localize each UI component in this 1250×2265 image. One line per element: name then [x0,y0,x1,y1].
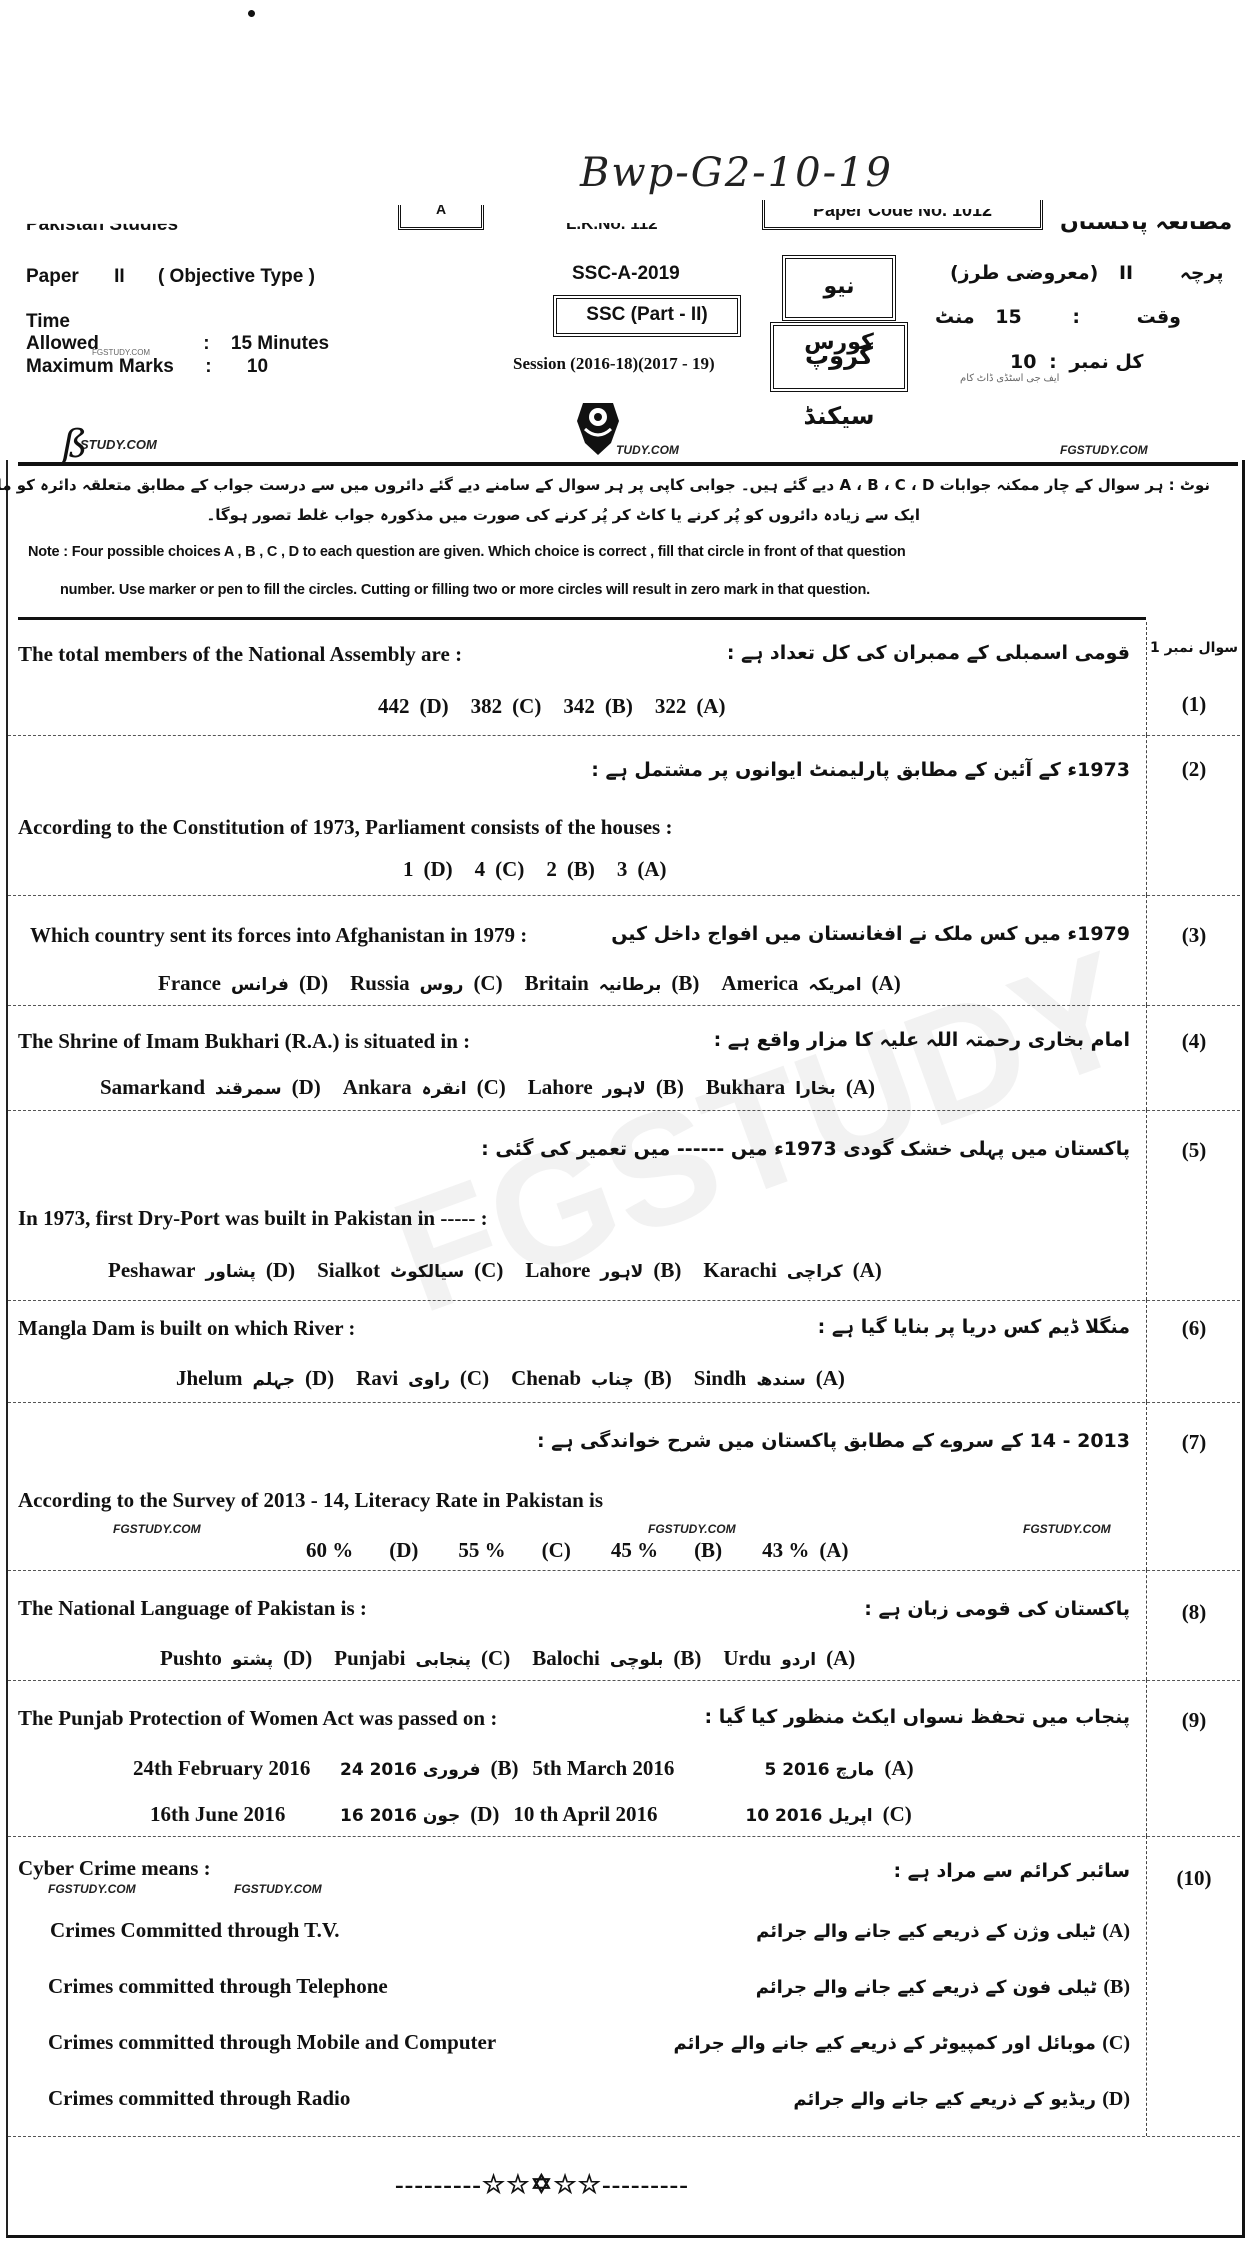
options: Jhelumجہلم(D) Raviراوی(C) Chenabچناب(B) … [176,1366,867,1391]
question-text-en: Mangla Dam is built on which River : [18,1316,355,1341]
paper-type: ( Objective Type ) [158,266,315,287]
marks-value-ur: 10 [1010,351,1036,373]
watermark: FGSTUDY.COM [1060,443,1148,457]
question-number-cell: (6) [1146,1300,1241,1402]
note-divider [18,617,1146,620]
question-number-cell: سوال نمبر 1 (1) [1146,622,1241,735]
options: 1(D) 4(C) 2(B) 3(A) [403,857,688,882]
watermark: FGSTUDY.COM [48,1882,136,1896]
question-text-ur: پاکستان میں پہلی خشک گودی 1973ء میں ----… [481,1138,1130,1160]
option-c[interactable]: Punjabiپنجابی(C) [334,1646,510,1671]
options: Peshawarپشاور(D) Sialkotسیالکوٹ(C) Lahor… [108,1258,904,1283]
question-number-cell: (4) [1146,1005,1241,1110]
option-c[interactable]: Russiaروس(C) [350,971,503,996]
paper-code: Paper Code No. 1012 [813,200,992,220]
question-row-4: (4) The Shrine of Imam Bukhari (R.A.) is… [8,1005,1240,1111]
option-d-en[interactable]: 16th June 2016 [150,1802,318,1827]
option-c[interactable]: 55 %(C) [458,1538,570,1563]
paper-type-ur: (معروضی طرز) [950,262,1098,284]
option-b[interactable]: Balochiبلوچی(B) [532,1646,701,1671]
paper-code-box: Paper Code No. 1012 [762,200,1043,230]
options: Samarkandسمرقند(D) Ankaraانقرہ(C) Lahore… [100,1075,897,1100]
instructions-box: نوٹ : ہر سوال کے چار ممکنہ جوابات A ، B … [8,466,1240,616]
question-row-5: (5) پاکستان میں پہلی خشک گودی 1973ء میں … [8,1110,1240,1301]
time-value-ur: 15 [995,306,1021,328]
option-a[interactable]: Karachiکراچی(A) [703,1258,881,1283]
question-text-ur: سائبر کرائم سے مراد ہے : [893,1860,1130,1882]
question-number-header: سوال نمبر 1 [1147,640,1241,656]
question-text-en: Cyber Crime means : [18,1856,211,1881]
paper-set-box: A [398,205,484,230]
option-b[interactable]: Chenabچناب(B) [511,1366,672,1391]
paper-line-ur: پرچہ II (معروضی طرز) [950,262,1224,284]
option-b[interactable]: Lahoreلاہور(B) [525,1258,681,1283]
watermark: FGSTUDY.COM [92,348,150,357]
question-text-en: Which country sent its forces into Afgha… [30,923,527,948]
paper-value: II [114,266,125,287]
question-number: (8) [1147,1600,1241,1625]
question-text-en: According to the Constitution of 1973, P… [18,815,672,840]
option-b[interactable]: 342(B) [563,694,633,719]
marks-sep-ur: : [1049,351,1057,373]
options: 60 %(D) 55 %(C) 45 %(B) 43 %(A) [306,1538,870,1563]
option-a[interactable]: 322(A) [655,694,726,719]
question-number: (6) [1147,1316,1241,1341]
option-d-en[interactable]: Crimes committed through Radio [48,2086,350,2111]
question-text-en: The Shrine of Imam Bukhari (R.A.) is sit… [18,1029,470,1054]
roll-number: L.K.No. 112 [566,214,658,234]
time-label-ur: وقت [1137,306,1181,328]
question-text-en: The total members of the National Assemb… [18,642,462,667]
question-number: (5) [1147,1138,1241,1163]
option-d[interactable]: ریڈیو کے ذریعے کیے جانے والے جرائم (D) [793,2088,1130,2111]
option-c[interactable]: Ankaraانقرہ(C) [343,1075,506,1100]
marks-line-ur: کل نمبر : 10 [1010,351,1143,373]
options-row-1: 24th February 2016 24 فروری 2016(B) 5th … [133,1756,936,1781]
question-row-6: (6) Mangla Dam is built on which River :… [8,1300,1240,1403]
option-d[interactable]: Peshawarپشاور(D) [108,1258,295,1283]
note-en-line1: Note : Four possible choices A , B , C ,… [28,544,906,560]
watermark: FGSTUDY.COM [113,1522,201,1536]
option-a[interactable]: Urduاردو(A) [723,1646,855,1671]
paper-value-ur: II [1119,262,1133,284]
time-value: 15 Minutes [231,333,329,354]
time-sep-ur: : [1072,306,1080,328]
question-number-cell: (10) [1146,1836,1241,2136]
question-text-ur: پاکستان کی قومی زبان ہے : [864,1598,1130,1620]
option-c-en[interactable]: 10 th April 2016 [513,1802,723,1827]
paper-label: Paper [26,266,79,287]
marks-line-en: Maximum Marks : 10 [26,356,268,378]
question-number: (1) [1147,692,1241,717]
question-text-ur: منگلا ڈیم کس دریا پر بنایا گیا ہے : [818,1316,1130,1338]
option-a[interactable]: 43 %(A) [762,1538,848,1563]
option-a[interactable]: 3(A) [617,857,667,882]
options-row-2: 16th June 2016 16 جون 2016(D) 10 th Apri… [150,1802,934,1827]
option-a[interactable]: ٹیلی وژن کے ذریعے کیے جانے والے جرائم (A… [756,1920,1130,1943]
question-text-ur: 1973ء کے آئین کے مطابق پارلیمنٹ ایوانوں … [591,759,1130,781]
question-number-cell: (8) [1146,1570,1241,1680]
option-b[interactable]: Britainبرطانیہ(B) [525,971,700,996]
question-text-en: According to the Survey of 2013 - 14, Li… [18,1488,603,1513]
option-a[interactable]: Americaامریکہ(A) [721,971,900,996]
session: Session (2016-18)(2017 - 19) [513,354,715,374]
subject-title-ur: مطالعہ پاکستان [1060,210,1232,235]
question-text-ur: امام بخاری رحمتہ اللہ علیہ کا مزار واقع … [714,1029,1130,1051]
question-row-9: (9) The Punjab Protection of Women Act w… [8,1680,1240,1837]
question-text-en: The Punjab Protection of Women Act was p… [18,1706,497,1731]
question-text-en: The National Language of Pakistan is : [18,1596,367,1621]
question-number: (3) [1147,923,1241,948]
ink-dot [247,9,257,19]
option-c[interactable]: موبائل اور کمپیوٹر کے ذریعے کیے جانے وال… [673,2032,1130,2055]
options: Pushtoپشتو(D) Punjabiپنجابی(C) Balochiبل… [160,1646,877,1671]
question-text-ur: 2013 - 14 کے سروے کے مطابق پاکستان میں ش… [537,1430,1130,1452]
option-b[interactable]: 24 فروری 2016(B) [340,1756,518,1781]
option-d[interactable]: 16 جون 2016(D) [340,1802,499,1827]
option-d[interactable]: 1(D) [403,857,453,882]
options: 442(D) 382(C) 342(B) 322(A) [378,694,747,719]
option-a[interactable]: Bukharaبخارا(A) [706,1075,875,1100]
option-c[interactable]: 382(C) [471,694,542,719]
note-urdu-line2: ایک سے زیادہ دائروں کو پُر کرنے یا کاٹ ک… [206,506,920,524]
option-c[interactable]: Sialkotسیالکوٹ(C) [317,1258,503,1283]
question-number-cell: (7) [1146,1402,1241,1570]
question-text-en: In 1973, first Dry-Port was built in Pak… [18,1206,488,1231]
question-row-3: (3) Which country sent its forces into A… [8,895,1240,1006]
option-a-en[interactable]: Crimes Committed through T.V. [50,1918,340,1943]
option-d[interactable]: Pushtoپشتو(D) [160,1646,312,1671]
option-c[interactable]: Raviراوی(C) [356,1366,489,1391]
marks-label: Maximum Marks [26,356,176,378]
watermark: FGSTUDY.COM [648,1522,736,1536]
option-d[interactable]: 60 %(D) [306,1538,418,1563]
option-a[interactable]: Sindhسندھ(A) [694,1366,845,1391]
option-c[interactable]: 10 اپریل 2016(C) [745,1802,911,1827]
option-c-en[interactable]: Crimes committed through Mobile and Comp… [48,2030,496,2055]
question-number-cell: (3) [1146,895,1241,1005]
option-b[interactable]: 45 %(B) [611,1538,722,1563]
question-number: (7) [1147,1430,1241,1455]
option-b[interactable]: 2(B) [546,857,595,882]
option-d[interactable]: 442(D) [378,694,449,719]
question-text-ur: 1979ء میں کس ملک نے افغانستان میں افواج … [611,923,1130,945]
option-b-en[interactable]: Crimes committed through Telephone [48,1974,388,1999]
question-number-cell: (2) [1146,735,1241,895]
question-row-8: (8) The National Language of Pakistan is… [8,1570,1240,1681]
option-a[interactable]: 5 مارچ 2016(A) [764,1756,913,1781]
time-line-ur: وقت : 15 منٹ [935,306,1181,328]
marks-sep: : [205,356,211,377]
question-text-ur: پنجاب میں تحفظ نسواں ایکٹ منظور کیا گیا … [705,1706,1130,1728]
option-d[interactable]: Jhelumجہلم(D) [176,1366,334,1391]
time-unit-ur: منٹ [935,306,975,328]
watermark: ایف جی اسٹڈی ڈاٹ کام [960,373,1059,384]
new-course-box: نیو کورس [782,255,896,321]
question-row-2: (2) 1973ء کے آئین کے مطابق پارلیمنٹ ایوا… [8,735,1240,896]
watermark: STUDY.COM [80,437,157,452]
option-d[interactable]: Samarkandسمرقند(D) [100,1075,321,1100]
exam-title: SSC-A-2019 [572,263,680,285]
end-of-paper-stars: ---------☆☆✡☆☆--------- [395,2170,689,2200]
marks-value: 10 [247,356,268,377]
time-sep: : [203,333,209,354]
question-number-cell: (9) [1146,1680,1241,1836]
option-a-en[interactable]: 5th March 2016 [532,1756,742,1781]
question-number-cell: (5) [1146,1110,1241,1300]
question-text-ur: قومی اسمبلی کے ممبران کی کل تعداد ہے : [727,642,1130,664]
question-row-7: (7) 2013 - 14 کے سروے کے مطابق پاکستان م… [8,1402,1240,1571]
question-number: (2) [1147,757,1241,782]
handwritten-paper-code: Bwp-G2-10-19 [580,150,893,196]
watermark: FGSTUDY.COM [1023,1522,1111,1536]
option-d[interactable]: Franceفرانس(D) [158,971,328,996]
option-b-en[interactable]: 24th February 2016 [133,1756,318,1781]
board-logo-icon [575,395,621,457]
option-b[interactable]: Lahoreلاہور(B) [528,1075,684,1100]
question-number: (10) [1147,1866,1241,1891]
option-b[interactable]: ٹیلی فون کے ذریعے کیے جانے والے جرائم (B… [756,1976,1130,1999]
question-row-10: (10) Cyber Crime means : سائبر کرائم سے … [8,1836,1240,2137]
watermark: FGSTUDY.COM [234,1882,322,1896]
watermark: TUDY.COM [616,443,679,457]
question-row-1: سوال نمبر 1 (1) The total members of the… [8,622,1240,736]
group-second-box: گروپ سیکنڈ [770,322,908,392]
time-line-en: Time Allowed : 15 Minutes [26,311,329,355]
question-number: (9) [1147,1708,1241,1733]
note-urdu-line1: نوٹ : ہر سوال کے چار ممکنہ جوابات A ، B … [0,476,1210,494]
paper-label-ur: پرچہ [1180,262,1224,284]
part-box: SSC (Part - II) [553,295,741,337]
note-en-line2: number. Use marker or pen to fill the ci… [60,582,870,598]
subject-title-en: Pakistan Studies [26,214,178,236]
paper-line-en: Paper II ( Objective Type ) [26,266,315,288]
marks-label-ur: کل نمبر [1069,351,1143,373]
question-number: (4) [1147,1029,1241,1054]
option-c[interactable]: 4(C) [475,857,525,882]
options: Franceفرانس(D) Russiaروس(C) Britainبرطان… [158,971,923,996]
